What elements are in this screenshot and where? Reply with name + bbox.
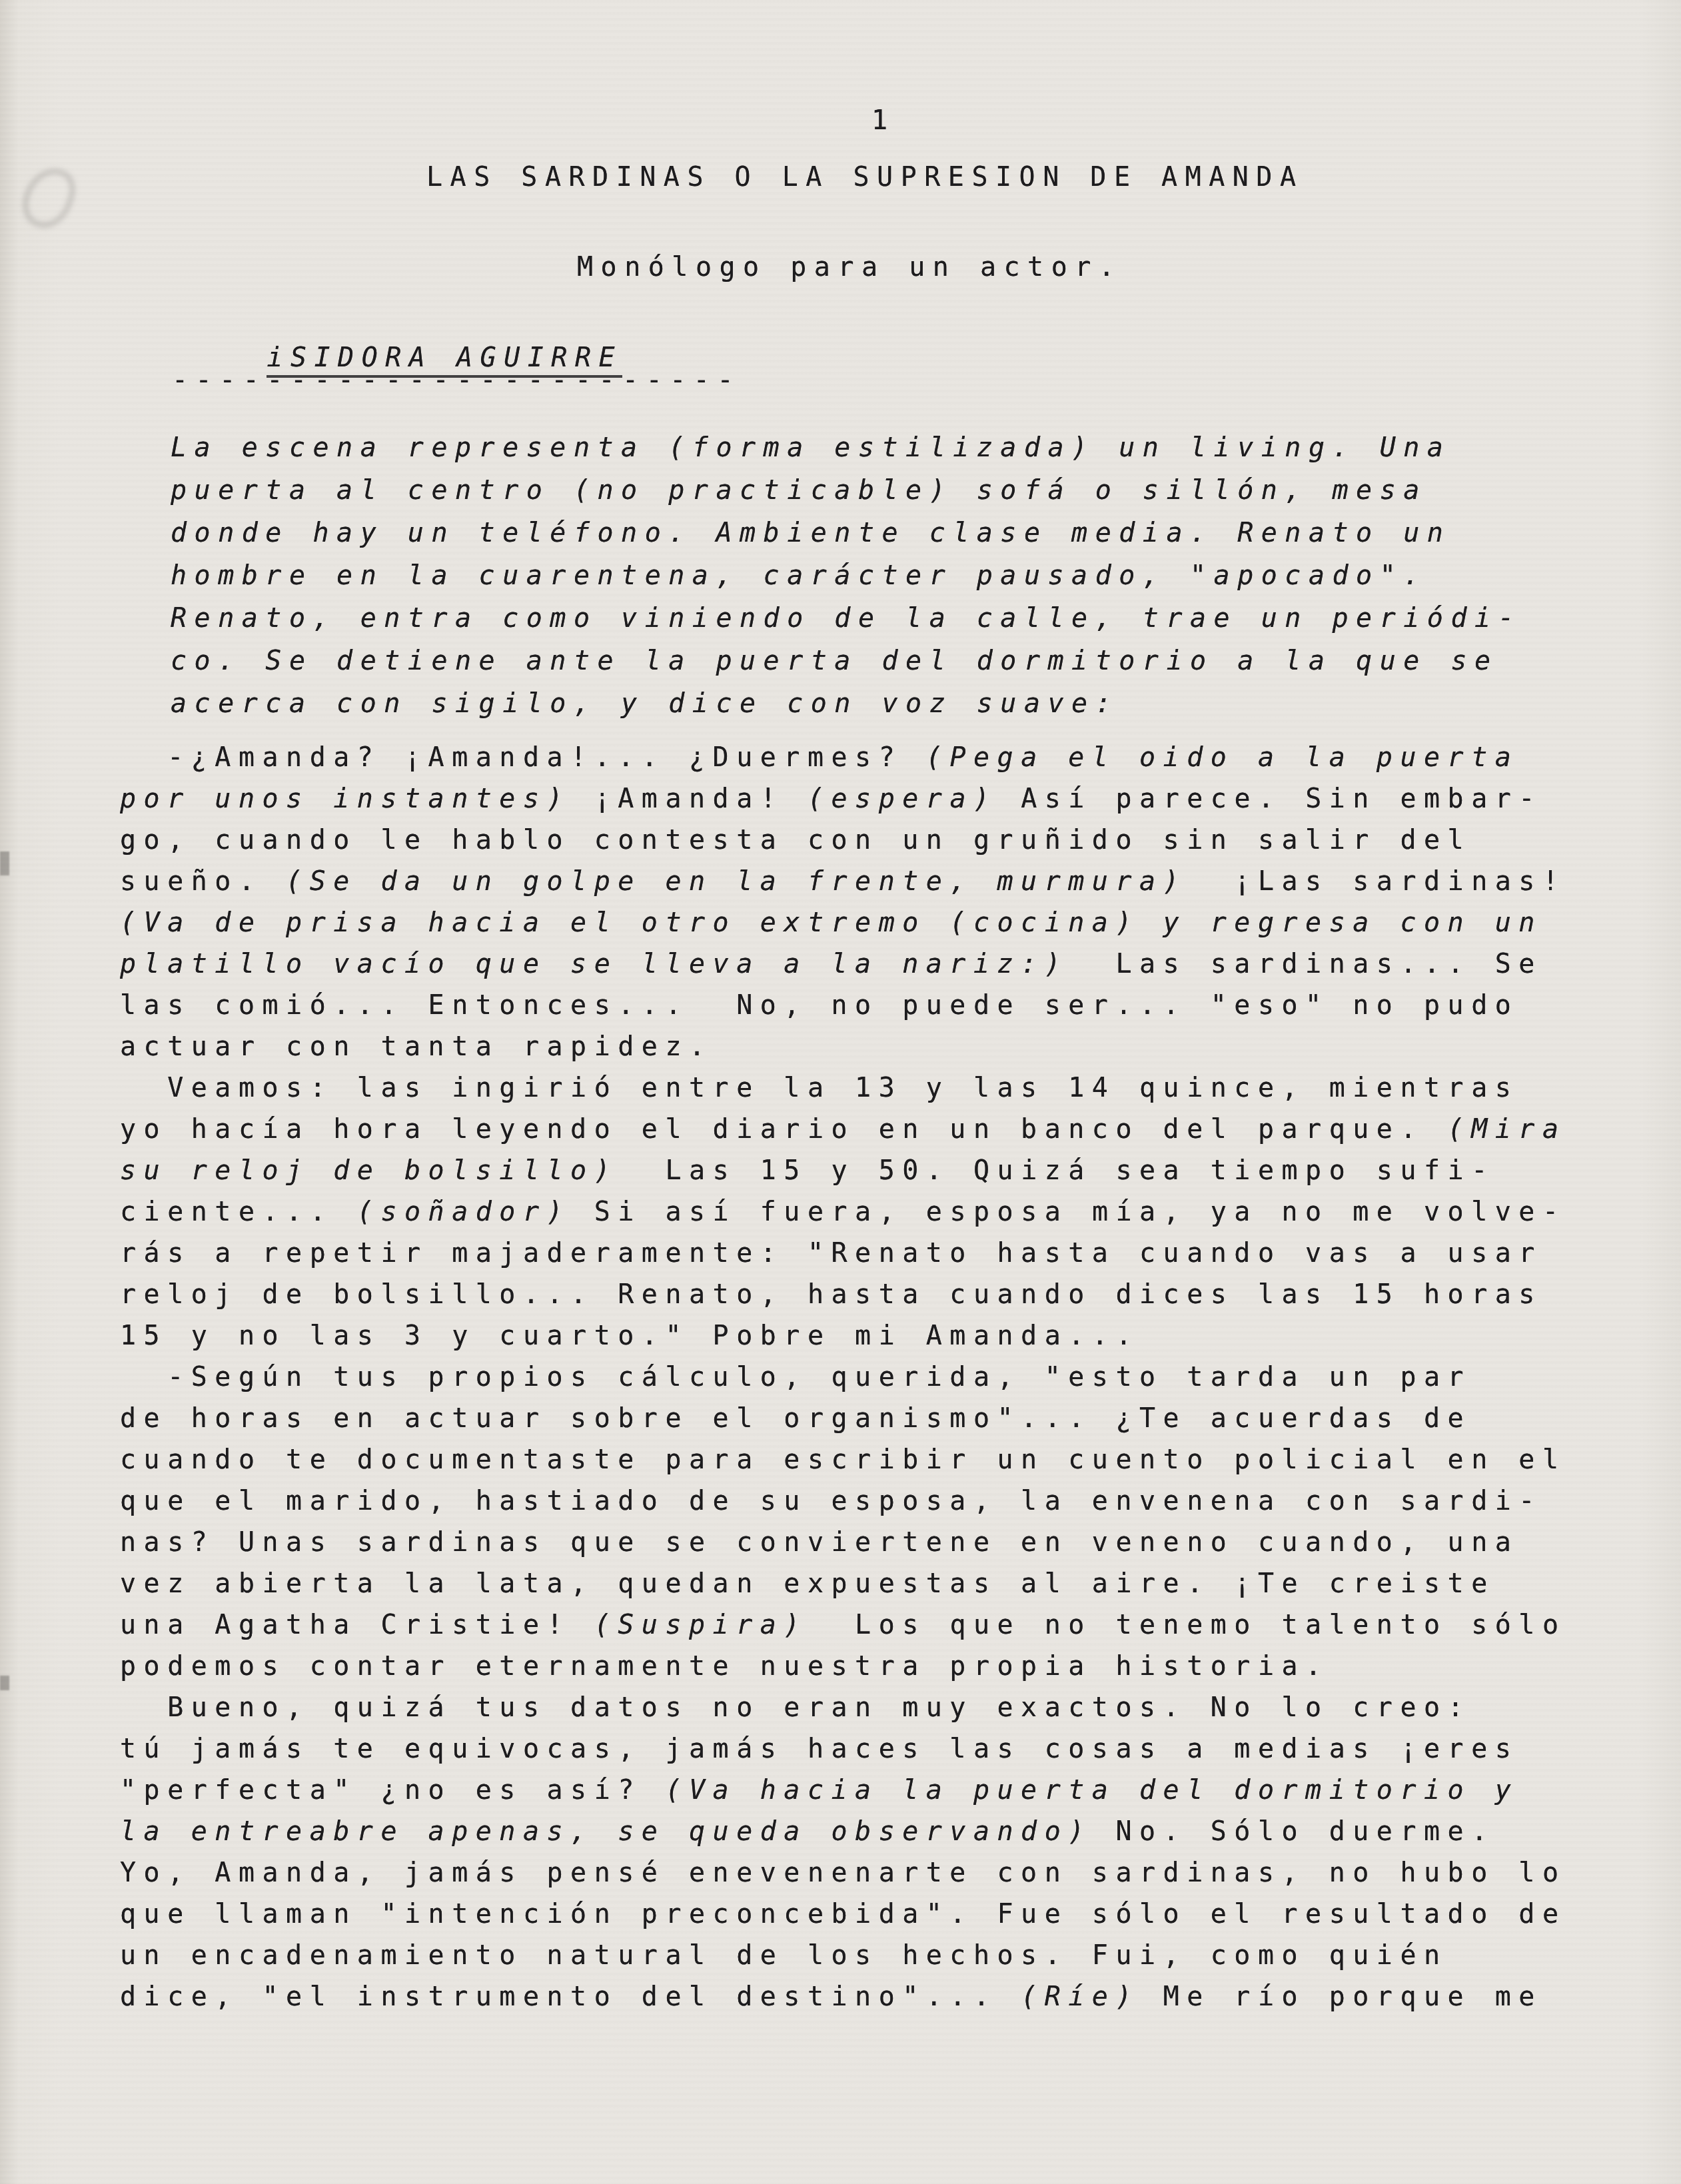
text-line: tú jamás te equivocas, jamás haces las c… [120, 1728, 1566, 1770]
stage-direction-line: puerta al centro (no practicable) sofá o… [171, 469, 1522, 512]
page-number: 1 [871, 105, 895, 136]
text-line: 15 y no las 3 y cuarto." Pobre mi Amanda… [120, 1315, 1566, 1357]
text-line: que el marido, hastiado de su esposa, la… [120, 1480, 1566, 1522]
subtitle: Monólogo para un actor. [577, 252, 1122, 282]
text-line: de horas en actuar sobre el organismo"..… [120, 1398, 1566, 1439]
ink-smudge [17, 162, 80, 233]
page-title: LAS SARDINAS O LA SUPRESION DE AMANDA [426, 162, 1304, 193]
text-line: vez abierta la lata, quedan expuestas al… [120, 1563, 1566, 1604]
text-line: podemos contar eternamente nuestra propi… [120, 1646, 1566, 1687]
text-line: una Agatha Cristie! (Suspira) Los que no… [120, 1604, 1566, 1646]
stage-direction-line: acerca con sigilo, y dice con voz suave: [171, 682, 1522, 725]
stage-direction-block: La escena representa (forma estilizada) … [171, 426, 1522, 725]
stage-direction-line: La escena representa (forma estilizada) … [171, 426, 1522, 469]
text-line: cuando te documentaste para escribir un … [120, 1439, 1566, 1480]
text-line: ciente... (soñador) Si así fuera, esposa… [120, 1191, 1566, 1233]
text-line: que llaman "intención preconcebida". Fue… [120, 1894, 1566, 1935]
text-line: (Va de prisa hacia el otro extremo (coci… [120, 902, 1566, 943]
stage-direction-line: hombre en la cuarentena, carácter pausad… [171, 554, 1522, 597]
text-line: platillo vacío que se lleva a la nariz:)… [120, 943, 1566, 985]
text-line: las comió... Entonces... No, no puede se… [120, 985, 1566, 1026]
divider-line: ------------------------ [172, 365, 741, 396]
text-line: actuar con tanta rapidez. [120, 1026, 1566, 1067]
text-line: rás a repetir majaderamente: "Renato has… [120, 1233, 1566, 1274]
stage-direction-line: co. Se detiene ante la puerta del dormit… [171, 640, 1522, 682]
stage-direction-line: Renato, entra como viniendo de la calle,… [171, 597, 1522, 640]
document-page: 1 LAS SARDINAS O LA SUPRESION DE AMANDA … [0, 0, 1681, 2184]
text-line: por unos instantes) ¡Amanda! (espera) As… [120, 778, 1566, 819]
text-line: Veamos: las ingirió entre la 13 y las 14… [120, 1067, 1566, 1109]
text-line: la entreabre apenas, se queda observando… [120, 1811, 1566, 1852]
text-line: -¿Amanda? ¡Amanda!... ¿Duermes? (Pega el… [120, 737, 1566, 778]
text-line: dice, "el instrumento del destino"... (R… [120, 1976, 1566, 2017]
text-line: -Según tus propios cálculo, querida, "es… [120, 1357, 1566, 1398]
stage-direction-line: donde hay un teléfono. Ambiente clase me… [171, 512, 1522, 554]
text-line: Yo, Amanda, jamás pensé enevenenarte con… [120, 1852, 1566, 1894]
text-line: sueño. (Se da un golpe en la frente, mur… [120, 861, 1566, 902]
scan-edge-mark [0, 1676, 9, 1690]
scan-edge-mark [0, 851, 9, 875]
monologue-body: -¿Amanda? ¡Amanda!... ¿Duermes? (Pega el… [120, 737, 1566, 2017]
text-line: yo hacía hora leyendo el diario en un ba… [120, 1109, 1566, 1150]
text-line: go, cuando le hablo contesta con un gruñ… [120, 819, 1566, 861]
text-line: su reloj de bolsillo) Las 15 y 50. Quizá… [120, 1150, 1566, 1191]
text-line: nas? Unas sardinas que se conviertene en… [120, 1522, 1566, 1563]
text-line: reloj de bolsillo... Renato, hasta cuand… [120, 1274, 1566, 1315]
text-line: "perfecta" ¿no es así? (Va hacia la puer… [120, 1770, 1566, 1811]
text-line: un encadenamiento natural de los hechos.… [120, 1935, 1566, 1976]
text-line: Bueno, quizá tus datos no eran muy exact… [120, 1687, 1566, 1728]
